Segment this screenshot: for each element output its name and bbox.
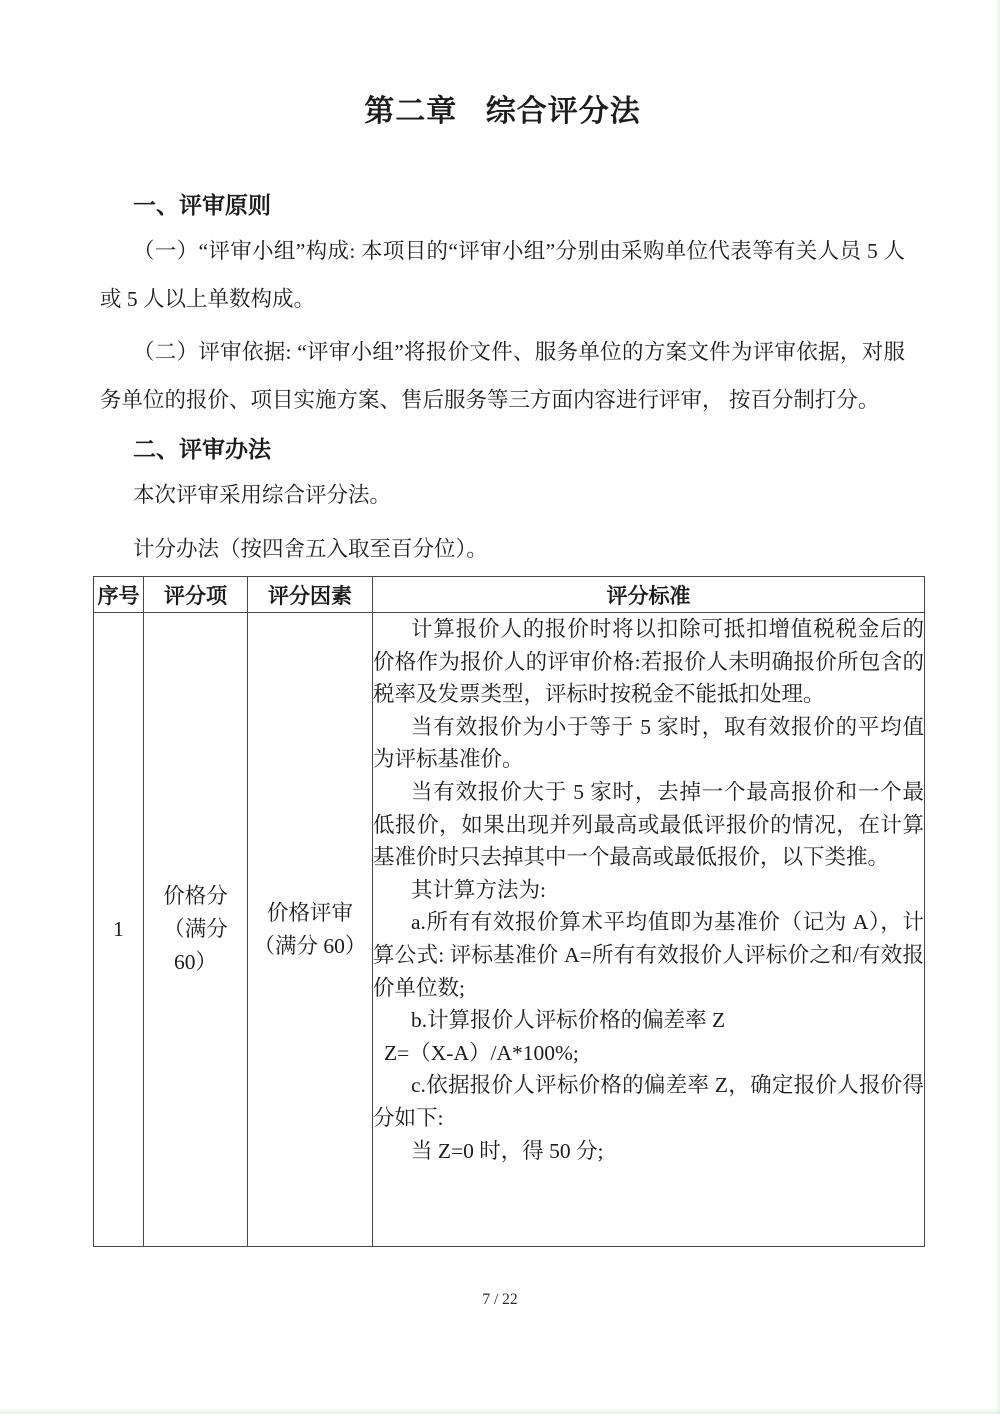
paragraph-review-group: （一）“评审小组”构成: 本项目的“评审小组”分别由采购单位代表等有关人员 5 … — [100, 228, 905, 323]
cell-score-item: 价格分 （满分 60） — [144, 613, 248, 1247]
criteria-paragraph: b.计算报价人评标价格的偏差率 Z — [373, 1004, 924, 1037]
criteria-paragraph: a.所有有效报价算术平均值即为基准价（记为 A），计算公式: 评标基准价 A=所… — [373, 906, 924, 1004]
paragraph-scoring-rounding: 计分办法（按四舍五入取至百分位）。 — [100, 526, 905, 574]
scan-edge-tint-bottom — [0, 1408, 1000, 1414]
header-cell-item: 评分项 — [144, 577, 248, 613]
cell-score-criteria: 计算报价人的报价时将以扣除可抵扣增值税税金后的价格作为报价人的评审价格:若报价人… — [373, 613, 925, 1247]
table-header-row: 序号 评分项 评分因素 评分标准 — [94, 577, 925, 613]
table-row: 1 价格分 （满分 60） 价格评审 （满分 60） 计算报价人的报价时将以扣除… — [94, 613, 925, 1247]
scan-edge-tint-right — [995, 0, 1000, 1414]
criteria-formula: Z=（X-A）/A*100%; — [373, 1037, 924, 1070]
page-number: 7 / 22 — [0, 1291, 1000, 1309]
criteria-paragraph: 其计算方法为: — [373, 874, 924, 907]
criteria-paragraph: c.依据报价人评标价格的偏差率 Z，确定报价人报价得分如下: — [373, 1069, 924, 1134]
paragraph-method-statement: 本次评审采用综合评分法。 — [100, 472, 905, 520]
criteria-paragraph: 当 Z=0 时，得 50 分; — [373, 1135, 924, 1168]
header-cell-number: 序号 — [94, 577, 144, 613]
header-cell-factor: 评分因素 — [248, 577, 373, 613]
criteria-paragraph: 当有效报价大于 5 家时，去掉一个最高报价和一个最低报价，如果出现并列最高或最低… — [373, 776, 924, 874]
section-heading-review-method: 二、评审办法 — [133, 434, 905, 466]
paragraph-review-basis: （二）评审依据: “评审小组”将报价文件、服务单位的方案文件为评审依据，对服务单… — [100, 329, 905, 424]
section-heading-review-principles: 一、评审原则 — [133, 190, 905, 222]
criteria-paragraph: 当有效报价为小于等于 5 家时，取有效报价的平均值为评标基准价。 — [373, 711, 924, 776]
header-cell-criteria: 评分标准 — [373, 577, 925, 613]
cell-score-factor: 价格评审 （满分 60） — [248, 613, 373, 1247]
scoring-table: 序号 评分项 评分因素 评分标准 1 价格分 （满分 60） 价格评审 （满分 … — [93, 576, 925, 1247]
criteria-paragraph: 计算报价人的报价时将以扣除可抵扣增值税税金后的价格作为报价人的评审价格:若报价人… — [373, 613, 924, 711]
cell-row-number: 1 — [94, 613, 144, 1247]
document-page: 第二章 综合评分法 一、评审原则 （一）“评审小组”构成: 本项目的“评审小组”… — [0, 0, 1000, 1414]
page-title: 第二章 综合评分法 — [100, 0, 905, 134]
